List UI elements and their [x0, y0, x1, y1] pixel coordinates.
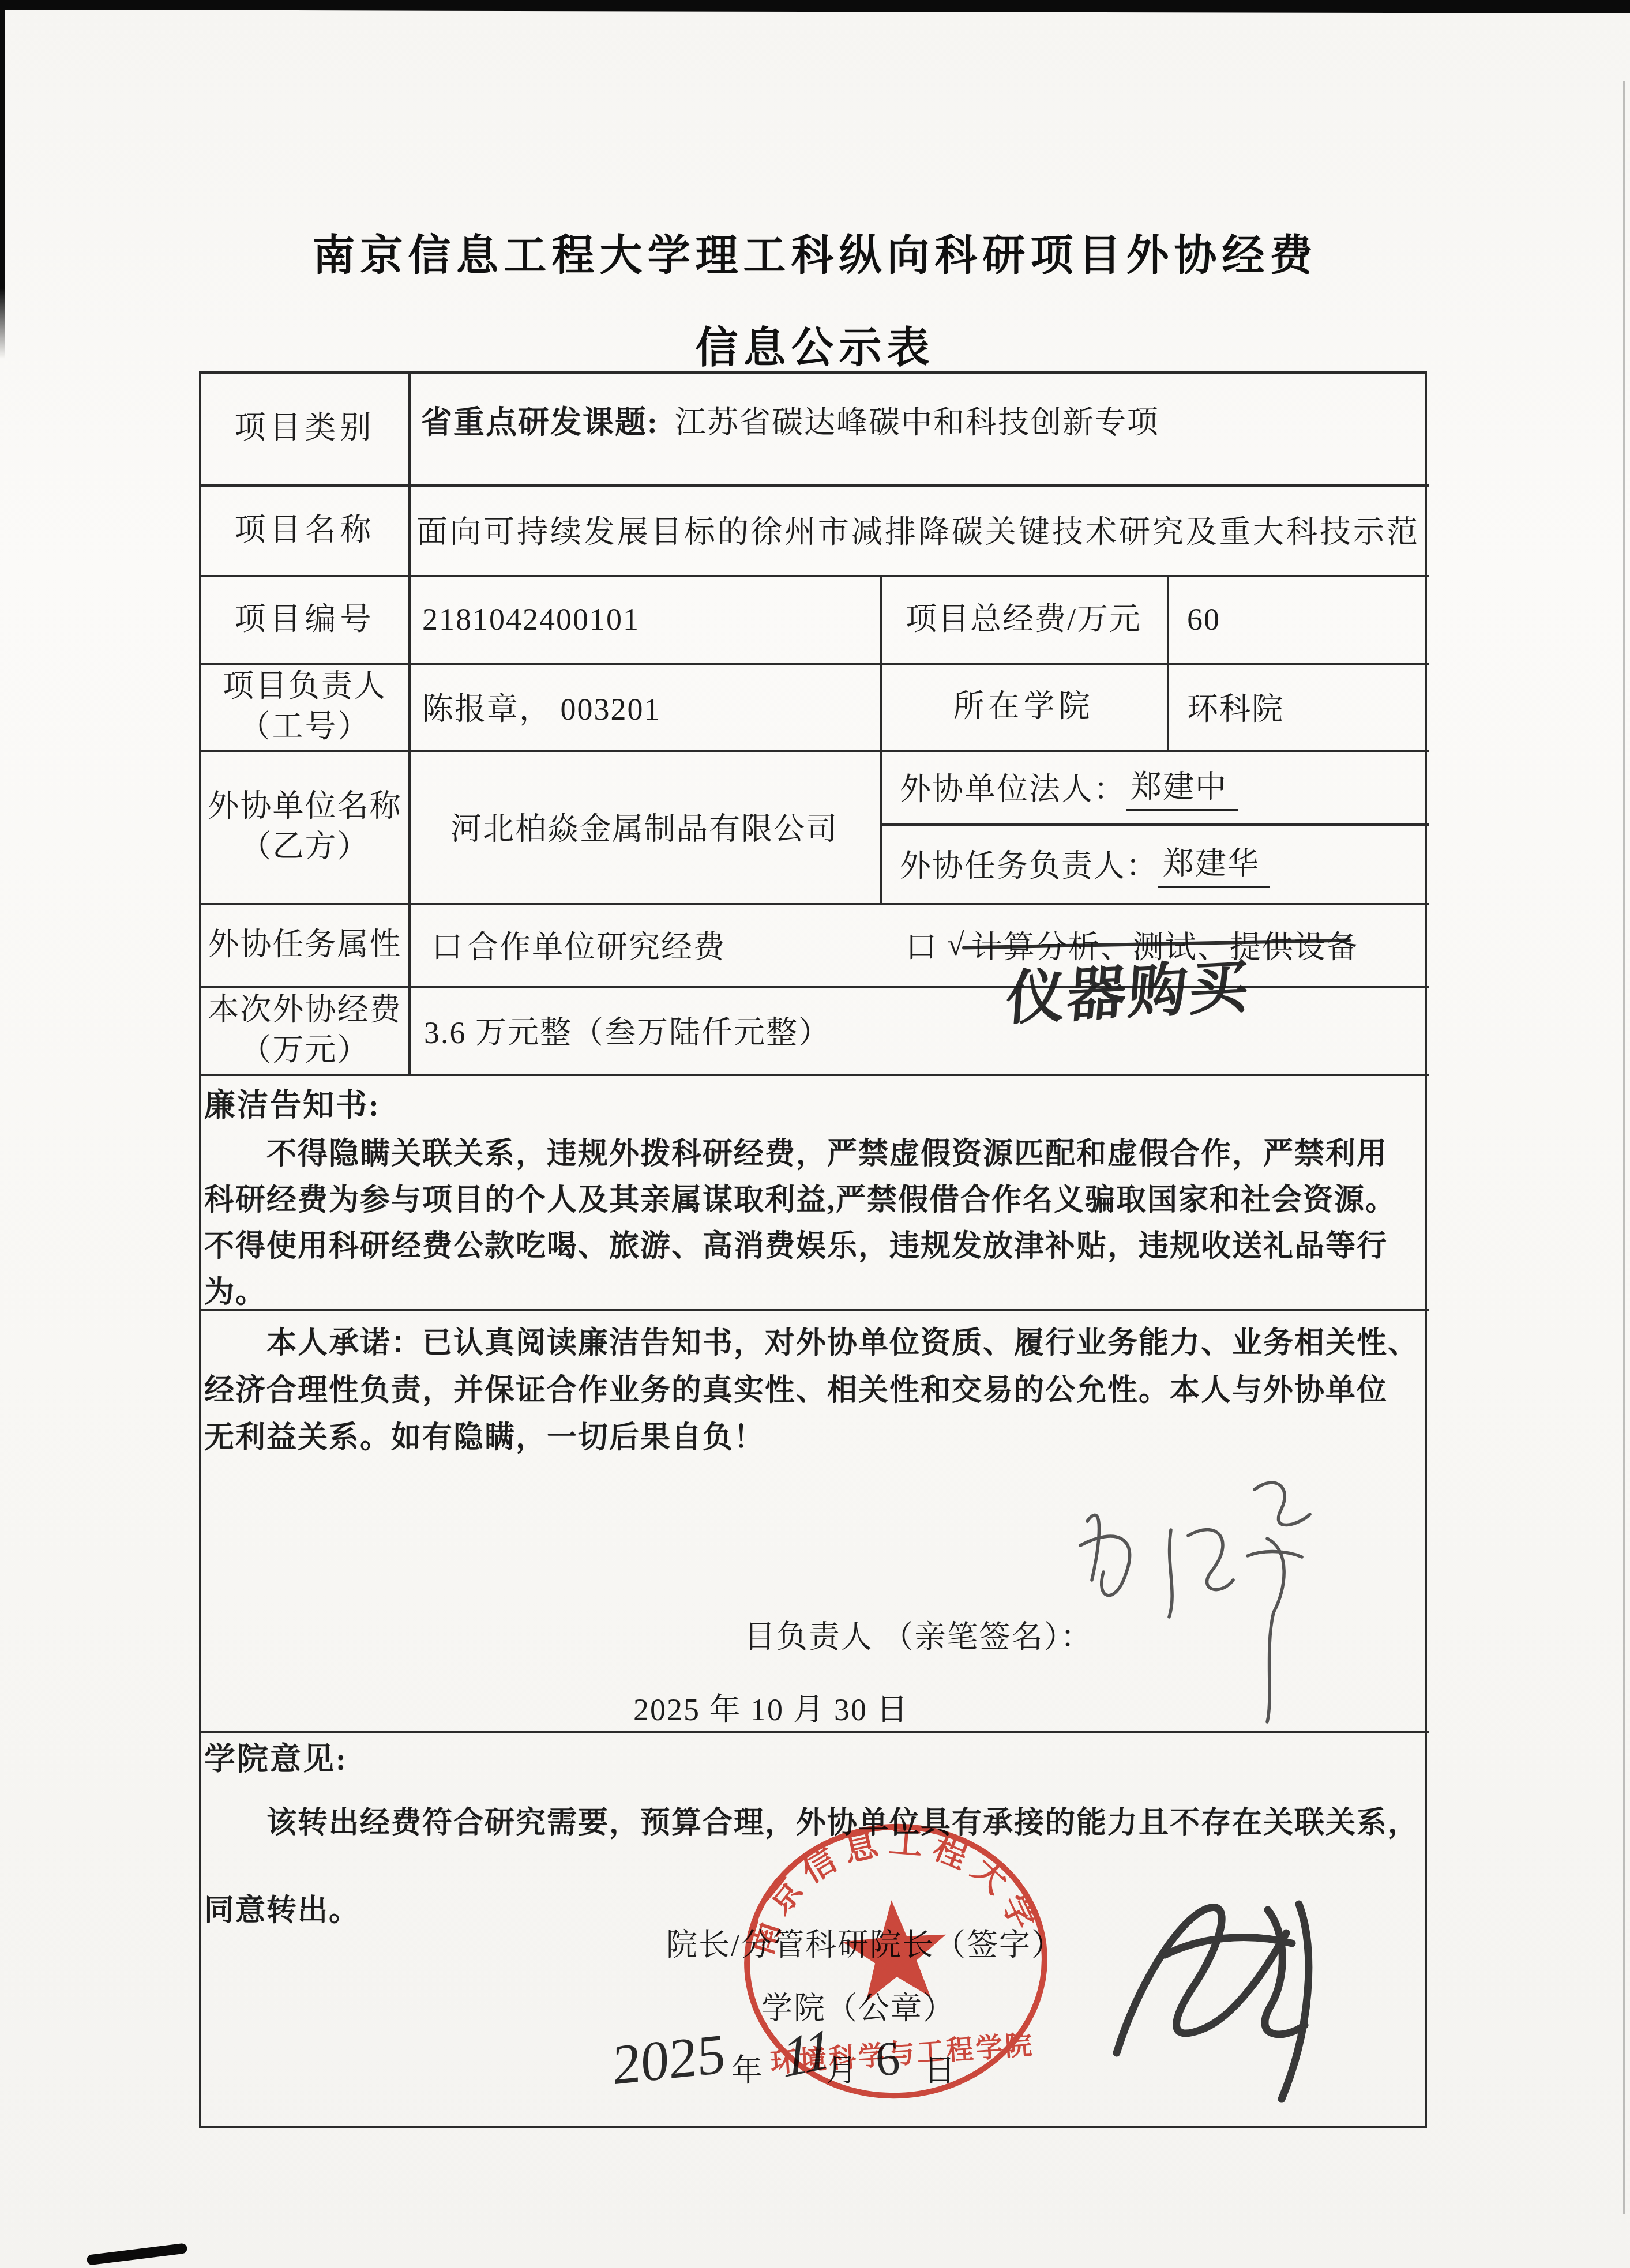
form-title-line2: 信息公示表 [0, 314, 1630, 375]
option1-text: 合作单位研究经费 [467, 923, 726, 967]
field-value-partner: 河北柏焱金属制品有限公司 [408, 750, 880, 903]
label-text: 项目类别 [235, 408, 375, 448]
scan-edge-top [0, 0, 1630, 13]
seal-college-text: 环境科学与工程学院 [769, 2029, 1035, 2078]
field-value-total-fund: 60 [1187, 575, 1427, 663]
project-name-value: 面向可持续发展目标的徐州市减排降碳关键技术研究及重大科技示范 [416, 507, 1420, 552]
label-text: （乙方） [241, 826, 370, 867]
field-value-current-fund: 3.6 万元整（叁万陆仟元整） [424, 986, 1427, 1074]
field-label-project-code: 项目编号 [201, 575, 408, 663]
table-rule [408, 371, 411, 1074]
label-text: 外协任务属性 [208, 924, 402, 965]
table-rule [199, 1074, 1429, 1076]
field-label-leader: 项目负责人 （工号） [201, 663, 408, 750]
form-title-line1: 南京信息工程大学理工科纵向科研项目外协经费 [0, 221, 1630, 283]
scan-edge-right [1623, 81, 1625, 2214]
field-label-school: 所在学院 [882, 663, 1165, 750]
total-fund-value: 60 [1187, 601, 1220, 637]
field-value-project-category: 省重点研发课题: 江苏省碳达峰碳中和科技创新专项 [421, 374, 1425, 466]
label-text: （工号） [239, 706, 371, 747]
label-text: 外协单位名称 [208, 786, 402, 826]
scan-edge-bottom-streak [87, 2243, 188, 2265]
field-partner-legal: 外协单位法人： 郑建中 [900, 750, 1427, 823]
integrity-line-3: 不得使用科研经费公款吃喝、旅游、高消费娱乐，违规发放津补贴，违规收送礼品等行 [204, 1221, 1388, 1265]
task-attr-option1: 口 合作单位研究经费 [431, 903, 876, 986]
official-seal-stamp: 南京信息工程大学 环境科学与工程学院 [731, 1811, 1061, 2112]
table-rule [199, 1731, 1429, 1733]
label-text: 项目总经费/万元 [906, 599, 1141, 640]
seal-star-icon [840, 1897, 951, 2003]
handwritten-date-year: 2025 [613, 2021, 726, 2098]
partner-task-leader-label: 外协任务负责人： [900, 841, 1158, 886]
field-label-project-category: 项目类别 [201, 371, 408, 484]
field-value-project-name: 面向可持续发展目标的徐州市减排降碳关键技术研究及重大科技示范 [416, 484, 1427, 575]
commitment-lead: 本人承诺： [266, 1327, 422, 1360]
field-label-current-fund: 本次外协经费 （万元） [201, 986, 408, 1074]
checkbox-analysis-test-equipment[interactable]: 口 [906, 923, 938, 967]
integrity-line-2: 科研经费为参与项目的个人及其亲属谋取利益,严禁假借合作名义骗取国家和社会资源。 [204, 1175, 1396, 1218]
project-code-value: 2181042400101 [422, 601, 640, 637]
dean-handwritten-signature [1096, 1868, 1344, 2122]
field-label-project-name: 项目名称 [201, 484, 408, 575]
label-text: 本次外协经费 [208, 990, 402, 1030]
field-label-total-fund: 项目总经费/万元 [882, 575, 1165, 663]
field-value-school: 环科院 [1187, 663, 1427, 750]
field-value-project-code: 2181042400101 [422, 575, 878, 663]
check-mark: √ [947, 927, 966, 962]
partner-value: 河北柏焱金属制品有限公司 [450, 804, 838, 849]
field-value-leader: 陈报章， 003201 [422, 663, 878, 750]
pi-sign-date: 2025 年 10 月 30 日 [633, 1685, 909, 1729]
handwritten-note-instrument-purchase: 仪器购买 [1004, 939, 1254, 1037]
school-value: 环科院 [1187, 684, 1284, 729]
college-opinion-line-2: 同意转出。 [204, 1886, 360, 1929]
integrity-line-4: 为。 [204, 1267, 266, 1311]
category-bold-prefix: 省重点研发课题: [421, 398, 659, 442]
integrity-line-1: 不得隐瞒关联关系，违规外拨科研经费，严禁虚假资源匹配和虚假合作，严禁利用 [266, 1129, 1388, 1172]
pi-sign-label: 目负责人 （亲笔签名）： [744, 1612, 1093, 1657]
field-label-partner: 外协单位名称 （乙方） [201, 750, 408, 903]
partner-task-leader-value: 郑建华 [1158, 839, 1270, 888]
label-text: 项目负责人 [223, 666, 387, 706]
checkbox-cooperation-fund[interactable]: 口 [431, 923, 464, 967]
leader-value: 陈报章， 003201 [422, 684, 661, 729]
category-value: 江苏省碳达峰碳中和科技创新专项 [675, 398, 1159, 442]
pi-handwritten-signature [1064, 1458, 1318, 1729]
label-text: （万元） [241, 1030, 370, 1070]
partner-legal-label: 外协单位法人： [900, 765, 1126, 809]
commitment-line-1: 本人承诺：已认真阅读廉洁告知书，对外协单位资质、履行业务能力、业务相关性、 [266, 1318, 1419, 1361]
table-rule [199, 1309, 1429, 1311]
commitment-line-3: 无利益关系。如有隐瞒，一切后果自负！ [204, 1413, 765, 1456]
scanned-form-page: 南京信息工程大学理工科纵向科研项目外协经费 信息公示表 项目类别 省重点研发课题… [0, 0, 1630, 2268]
scan-edge-left [0, 7, 5, 359]
commitment-line-2: 经济合理性负责，并保证合作业务的真实性、相关性和交易的公允性。本人与外协单位 [204, 1366, 1388, 1409]
table-rule [1167, 575, 1169, 750]
field-label-task-attribute: 外协任务属性 [201, 903, 408, 986]
partner-legal-value: 郑建中 [1126, 762, 1238, 811]
integrity-notice-heading: 廉洁告知书: [204, 1081, 381, 1125]
label-text: 项目名称 [235, 510, 375, 550]
label-text: 所在学院 [953, 686, 1094, 727]
commitment-line1-rest: 已认真阅读廉洁告知书，对外协单位资质、履行业务能力、业务相关性、 [422, 1327, 1419, 1360]
current-fund-value: 3.6 万元整（叁万陆仟元整） [424, 1008, 831, 1052]
college-opinion-heading: 学院意见: [204, 1735, 348, 1779]
field-partner-task-leader: 外协任务负责人： 郑建华 [900, 823, 1427, 903]
label-text: 项目编号 [235, 599, 375, 640]
